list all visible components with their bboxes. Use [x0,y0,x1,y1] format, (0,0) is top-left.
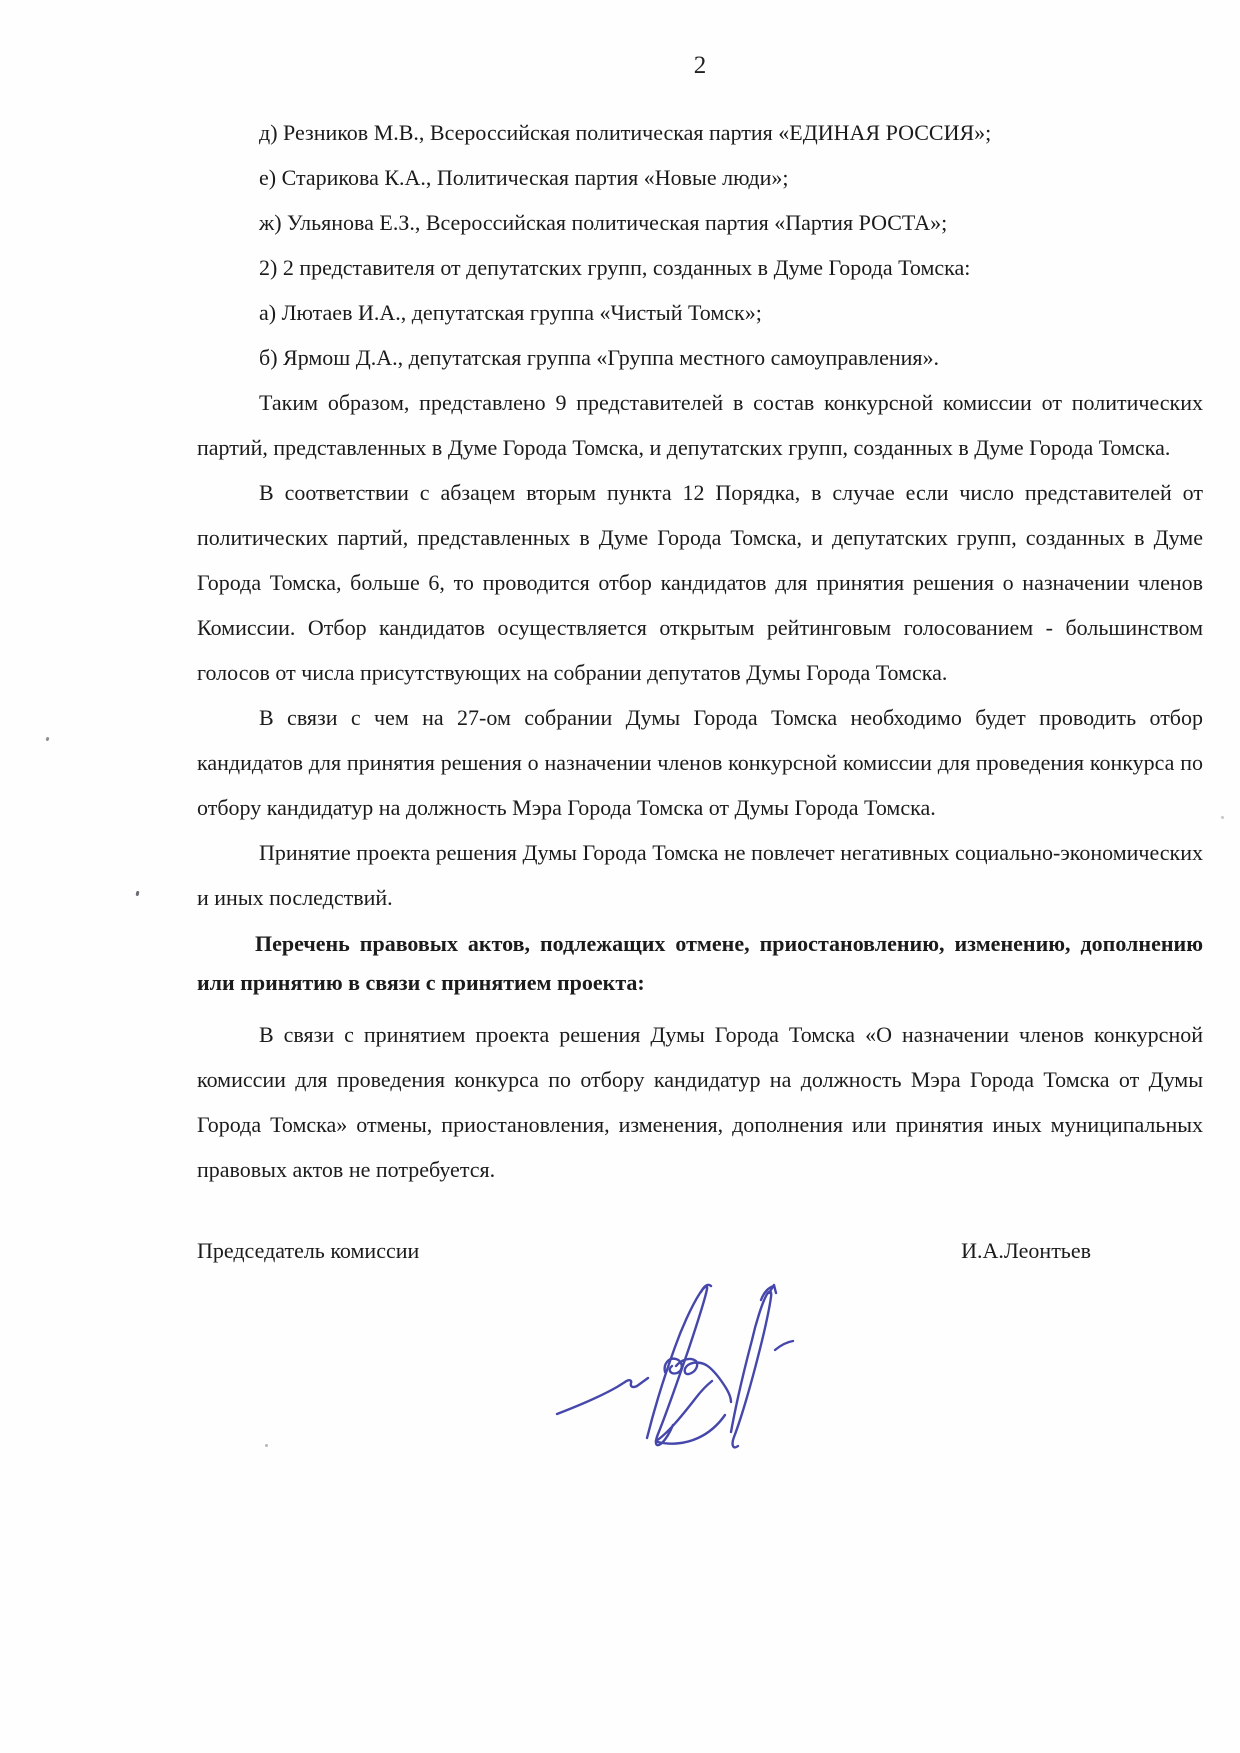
paragraph: В соответствии с абзацем вторым пункта 1… [197,470,1203,695]
document-content: 2 д) Резников М.В., Всероссийская полити… [197,0,1203,1266]
list-item: б) Ярмош Д.А., депутатская группа «Групп… [197,335,1203,380]
list-item: е) Старикова К.А., Политическая партия «… [197,155,1203,200]
list-item: а) Лютаев И.А., депутатская группа «Чист… [197,290,1203,335]
scan-artifact [45,737,49,742]
signature-row: Председатель комиссии И.А.Леонтьев [197,1236,1203,1266]
list-item: д) Резников М.В., Всероссийская политиче… [197,110,1203,155]
list-item: 2) 2 представителя от депутатских групп,… [197,245,1203,290]
list-item: ж) Ульянова Е.З., Всероссийская политиче… [197,200,1203,245]
paragraph: Таким образом, представлено 9 представит… [197,380,1203,470]
scan-artifact [265,1444,268,1447]
handwritten-signature-icon [495,1262,815,1472]
scan-artifact [1221,816,1224,819]
paragraph: Принятие проекта решения Думы Города Том… [197,830,1203,920]
page-number: 2 [197,46,1203,86]
signature-name: И.А.Леонтьев [961,1236,1091,1266]
signature-ink [557,1285,793,1448]
section-heading: Перечень правовых актов, подлежащих отме… [197,924,1203,1002]
paragraph: В связи с чем на 27-ом собрании Думы Гор… [197,695,1203,830]
scan-artifact [136,891,140,897]
closing-paragraph: В связи с принятием проекта решения Думы… [197,1012,1203,1192]
document-page: 2 д) Резников М.В., Всероссийская полити… [0,0,1240,1753]
signature-title: Председатель комиссии [197,1236,419,1266]
